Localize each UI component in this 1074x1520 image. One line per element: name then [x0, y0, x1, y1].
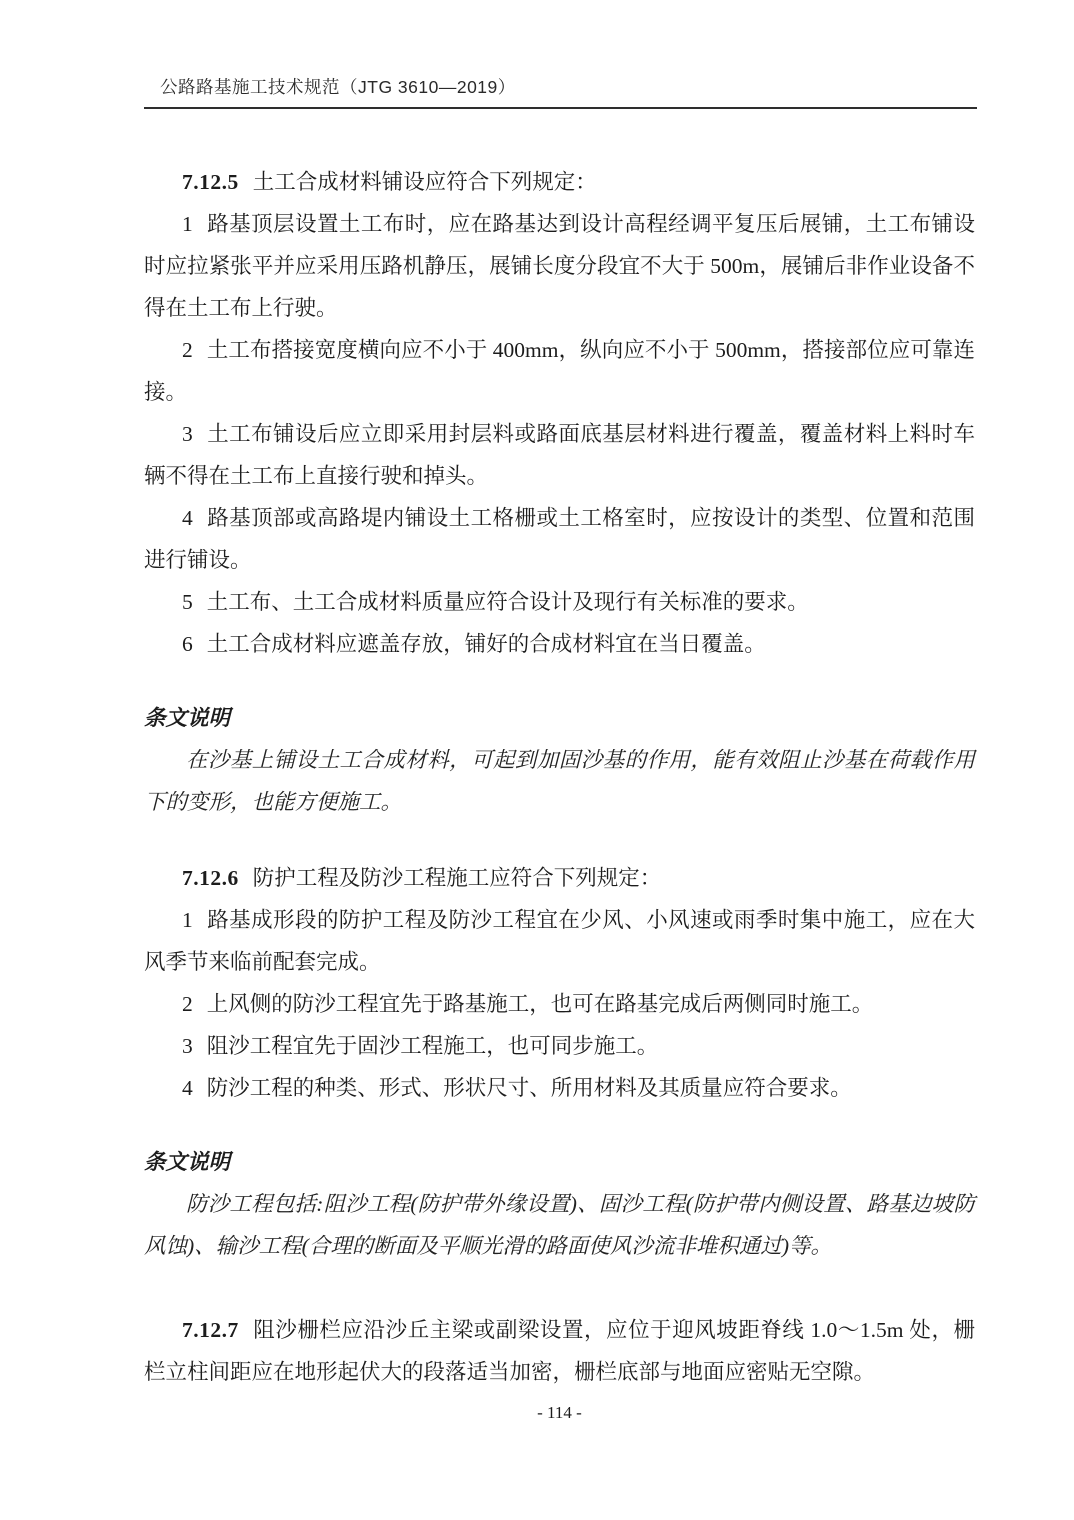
page-body: 7.12.5土工合成材料铺设应符合下列规定： 1路基顶层设置土工布时，应在路基达…	[144, 140, 975, 1425]
clause-7-12-5-item-1: 1路基顶层设置土工布时，应在路基达到设计高程经调平复压后展铺，土工布铺设时应拉紧…	[144, 203, 975, 329]
clause-number: 3	[182, 422, 193, 446]
clause-text: 阻沙工程宜先于固沙工程施工，也可同步施工。	[207, 1034, 659, 1058]
section-heading-7-12-5: 7.12.5土工合成材料铺设应符合下列规定：	[144, 161, 975, 203]
clause-text: 上风侧的防沙工程宜先于路基施工，也可在路基完成后两侧同时施工。	[207, 992, 874, 1016]
section-number-7-12-6: 7.12.6	[182, 866, 239, 890]
clause-7-12-5-item-3: 3土工布铺设后应立即采用封层料或路面底基层材料进行覆盖，覆盖材料上料时车辆不得在…	[144, 413, 975, 497]
clause-number: 2	[182, 338, 193, 362]
clause-number: 2	[182, 992, 193, 1016]
section-text-7-12-7: 阻沙栅栏应沿沙丘主梁或副梁设置，应位于迎风坡距脊线 1.0～1.5m 处，栅栏立…	[144, 1318, 975, 1384]
clause-number: 3	[182, 1034, 193, 1058]
clause-number: 4	[182, 1076, 193, 1100]
clause-text: 路基成形段的防护工程及防沙工程宜在少风、小风速或雨季时集中施工，应在大风季节来临…	[144, 908, 975, 974]
clause-text: 土工布搭接宽度横向应不小于 400mm，纵向应不小于 500mm，搭接部位应可靠…	[144, 338, 975, 404]
clause-7-12-6-item-3: 3阻沙工程宜先于固沙工程施工，也可同步施工。	[144, 1025, 975, 1067]
section-title-7-12-5: 土工合成材料铺设应符合下列规定：	[253, 170, 597, 194]
clause-text: 土工合成材料应遮盖存放，铺好的合成材料宜在当日覆盖。	[207, 632, 766, 656]
commentary-label-1: 条文说明	[144, 697, 975, 739]
clause-number: 1	[182, 908, 193, 932]
section-title-7-12-6: 防护工程及防沙工程施工应符合下列规定：	[253, 866, 662, 890]
clause-number: 5	[182, 590, 193, 614]
commentary-label-2: 条文说明	[144, 1141, 975, 1183]
page-number: - 114 -	[144, 1401, 975, 1425]
running-header-title: 公路路基施工技术规范（JTG 3610—2019）	[160, 77, 516, 97]
clause-7-12-5-item-2: 2土工布搭接宽度横向应不小于 400mm，纵向应不小于 500mm，搭接部位应可…	[144, 329, 975, 413]
clause-7-12-5-item-6: 6土工合成材料应遮盖存放，铺好的合成材料宜在当日覆盖。	[144, 623, 975, 665]
section-number-7-12-5: 7.12.5	[182, 170, 239, 194]
clause-number: 1	[182, 212, 193, 236]
clause-7-12-6-item-4: 4防沙工程的种类、形式、形状尺寸、所用材料及其质量应符合要求。	[144, 1067, 975, 1109]
section-heading-7-12-6: 7.12.6防护工程及防沙工程施工应符合下列规定：	[144, 857, 975, 899]
commentary-text-2: 防沙工程包括:阻沙工程(防护带外缘设置)、固沙工程(防护带内侧设置、路基边坡防风…	[144, 1183, 975, 1267]
clause-7-12-6-item-1: 1路基成形段的防护工程及防沙工程宜在少风、小风速或雨季时集中施工，应在大风季节来…	[144, 899, 975, 983]
section-number-7-12-7: 7.12.7	[182, 1318, 239, 1342]
commentary-text-1: 在沙基上铺设土工合成材料，可起到加固沙基的作用，能有效阻止沙基在荷载作用下的变形…	[144, 739, 975, 823]
running-header: 公路路基施工技术规范（JTG 3610—2019）	[144, 74, 977, 109]
clause-number: 6	[182, 632, 193, 656]
clause-7-12-5-item-4: 4路基顶部或高路堤内铺设土工格栅或土工格室时，应按设计的类型、位置和范围进行铺设…	[144, 497, 975, 581]
clause-text: 防沙工程的种类、形式、形状尺寸、所用材料及其质量应符合要求。	[207, 1076, 852, 1100]
section-heading-7-12-7: 7.12.7阻沙栅栏应沿沙丘主梁或副梁设置，应位于迎风坡距脊线 1.0～1.5m…	[144, 1309, 975, 1393]
clause-7-12-5-item-5: 5土工布、土工合成材料质量应符合设计及现行有关标准的要求。	[144, 581, 975, 623]
clause-7-12-6-item-2: 2上风侧的防沙工程宜先于路基施工，也可在路基完成后两侧同时施工。	[144, 983, 975, 1025]
clause-text: 路基顶部或高路堤内铺设土工格栅或土工格室时，应按设计的类型、位置和范围进行铺设。	[144, 506, 975, 572]
clause-text: 路基顶层设置土工布时，应在路基达到设计高程经调平复压后展铺，土工布铺设时应拉紧张…	[144, 212, 975, 320]
clause-text: 土工布、土工合成材料质量应符合设计及现行有关标准的要求。	[207, 590, 809, 614]
clause-number: 4	[182, 506, 193, 530]
clause-text: 土工布铺设后应立即采用封层料或路面底基层材料进行覆盖，覆盖材料上料时车辆不得在土…	[144, 422, 975, 488]
